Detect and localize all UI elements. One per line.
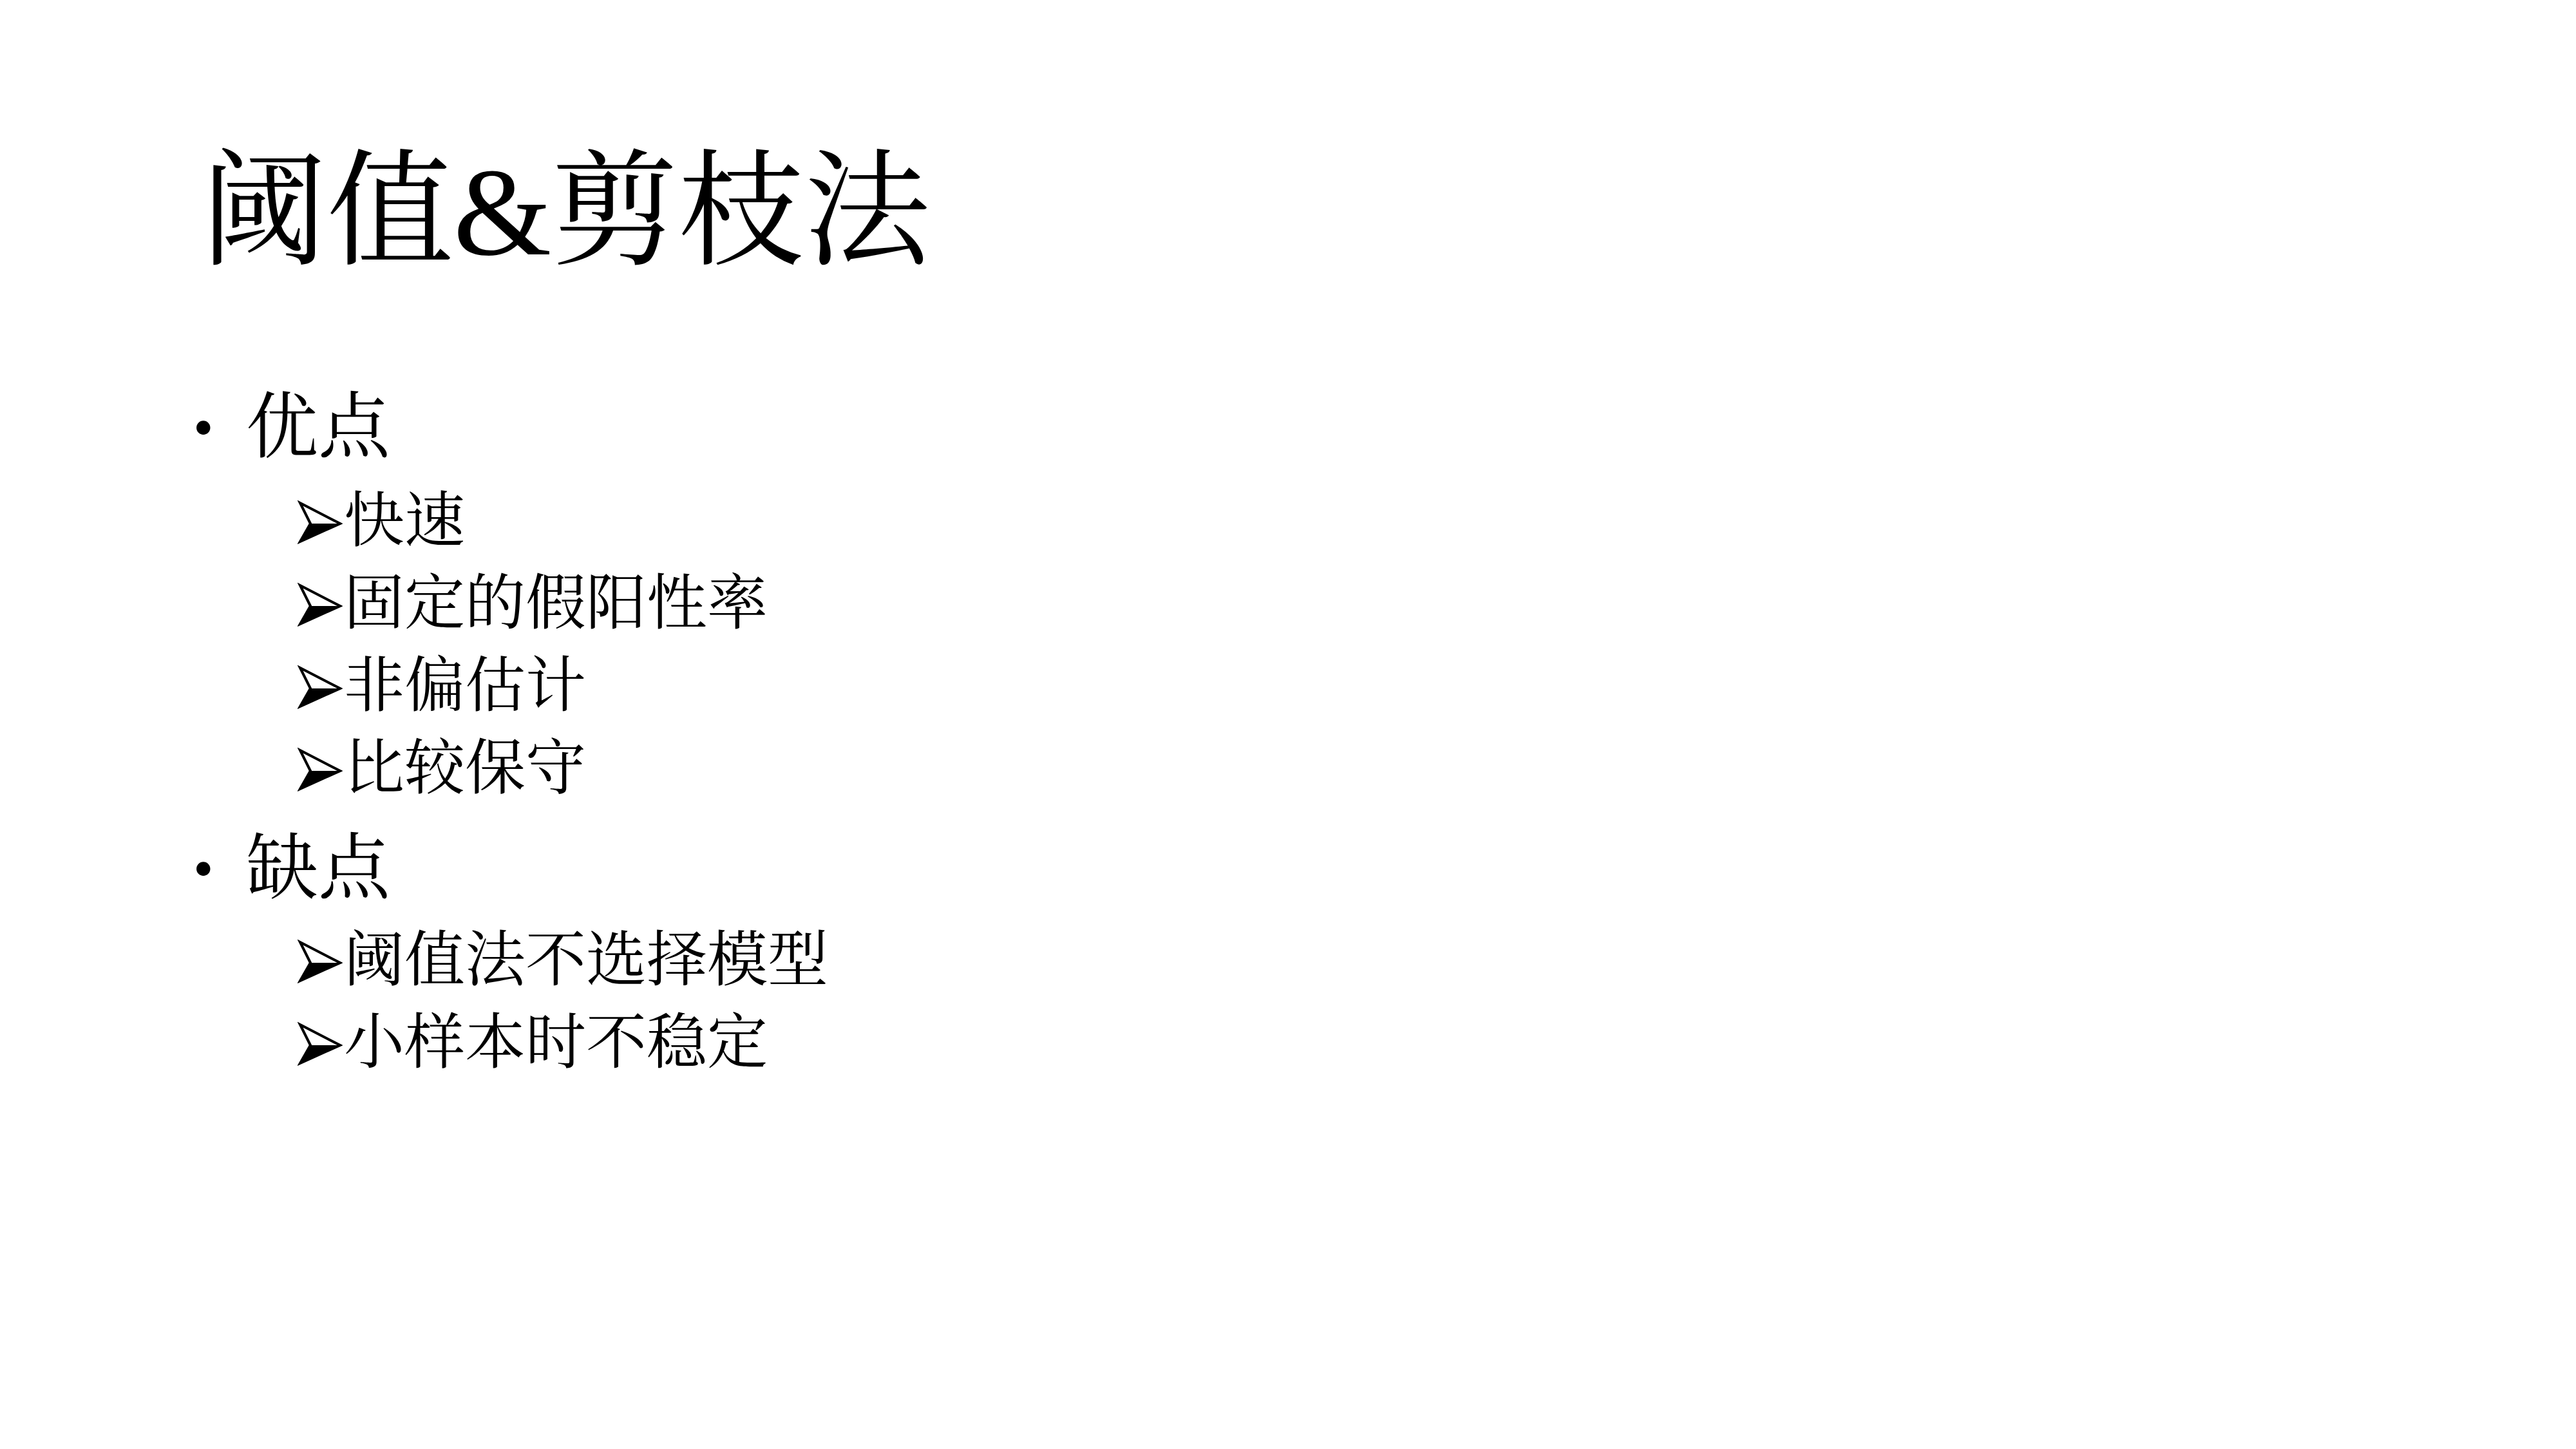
item-text: 非偏估计	[344, 648, 586, 725]
item-text: 比较保守	[344, 730, 586, 808]
section-advantages: • 优点	[193, 386, 390, 470]
item-text: 固定的假阳性率	[344, 565, 768, 643]
item-text: 快速	[344, 483, 465, 560]
item-text: 小样本时不稳定	[344, 1005, 768, 1082]
section-label: 缺点	[246, 828, 390, 911]
arrowhead-bullet-icon	[298, 1021, 343, 1066]
bullet-dot-icon: •	[193, 386, 246, 470]
arrowhead-bullet-icon	[298, 746, 343, 791]
list-item: 阈值法不选择模型	[298, 922, 828, 999]
list-item: 小样本时不稳定	[298, 1005, 768, 1082]
item-text: 阈值法不选择模型	[344, 922, 828, 999]
list-item: 非偏估计	[298, 648, 586, 725]
section-label: 优点	[246, 386, 390, 470]
list-item: 比较保守	[298, 730, 586, 808]
slide-title: 阈值&剪枝法	[201, 132, 930, 293]
section-disadvantages: • 缺点	[193, 828, 390, 911]
arrowhead-bullet-icon	[298, 499, 343, 544]
arrowhead-bullet-icon	[298, 582, 343, 627]
list-item: 固定的假阳性率	[298, 565, 768, 643]
bullet-dot-icon: •	[193, 828, 246, 911]
arrowhead-bullet-icon	[298, 938, 343, 983]
arrowhead-bullet-icon	[298, 664, 343, 709]
list-item: 快速	[298, 483, 465, 560]
